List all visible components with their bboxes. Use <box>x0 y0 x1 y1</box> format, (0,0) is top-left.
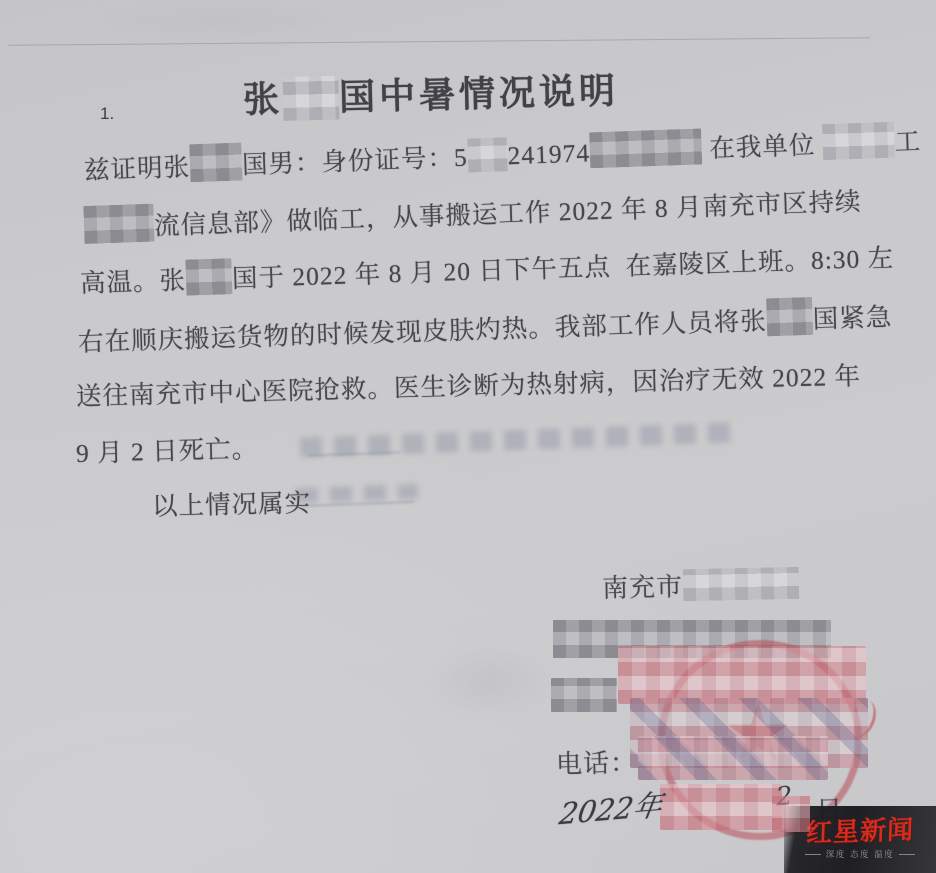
date-year-handwritten: 2022年 <box>557 783 666 834</box>
censor-id-digits <box>467 137 508 172</box>
closing-text: 以上情况属实 <box>152 488 312 521</box>
org-name-text: 南充市 <box>602 572 684 603</box>
tagline-dash <box>805 854 821 855</box>
body-text: 在我单位 <box>702 130 824 163</box>
censor-id-digits <box>589 128 702 168</box>
title-text-pre: 张 <box>243 79 284 120</box>
phone-line: 电话： <box>556 742 638 781</box>
title-text-post: 国中暑情况说明 <box>339 71 620 118</box>
body-line-3: 高温。张国于 2022 年 8 月 20 日下午五点 在嘉陵区上班。8:30 左 <box>79 237 894 300</box>
censor-phone-number <box>638 736 828 780</box>
body-text: 国于 2022 年 8 月 20 日下午五点 在嘉陵区上班。8:30 左 <box>232 243 895 293</box>
censor-unit-name <box>822 122 895 160</box>
censor-name <box>185 258 232 295</box>
censor-signature-row <box>551 678 617 712</box>
body-text: 241974 <box>507 138 590 170</box>
body-text: 右在顺庆搬运货物的时候发现皮肤灼热。我部工作人员将张 <box>78 306 768 357</box>
document-photo: 1. 张国中暑情况说明 兹证明张国男：身份证号：5241974 在我单位 工 流… <box>0 0 936 873</box>
body-text: 流信息部》做临工，从事搬运工作 2022 年 8 月南充市区持续 <box>154 187 862 241</box>
document-title: 张国中暑情况说明 <box>242 63 619 123</box>
body-text: 高温。张 <box>80 266 187 298</box>
body-line-4: 右在顺庆搬运货物的时候发现皮肤灼热。我部工作人员将张国紧急 <box>77 294 892 359</box>
body-text: 工 <box>894 127 922 157</box>
body-text: 送往南充市中心医院抢救。医生诊断为热射病，因治疗无效 2022 年 <box>76 361 862 411</box>
body-text: 国男：身份证号：5 <box>242 143 469 180</box>
censor-unit-name <box>83 204 154 244</box>
censor-seal-mosaic <box>618 646 866 704</box>
censor-date-mosaic <box>660 784 782 830</box>
phone-label-text: 电话： <box>556 748 638 779</box>
news-tagline-text: 深度 态度 温度 <box>826 848 894 860</box>
closing-statement: 以上情况属实 <box>152 483 312 523</box>
censor-title-name <box>283 76 340 121</box>
censor-seal-mosaic <box>772 796 810 832</box>
bleedthrough-smudge <box>424 644 556 720</box>
body-line-2: 流信息部》做临工，从事搬运工作 2022 年 8 月南充市区持续 <box>83 179 862 245</box>
news-logo-text: 红星新闻 <box>806 817 915 847</box>
body-line-1: 兹证明张国男：身份证号：5241974 在我单位 工 <box>83 119 921 187</box>
body-text: 国紧急 <box>812 302 892 333</box>
top-ghost-smudge <box>88 4 358 38</box>
news-tagline-row: 深度 态度 温度 <box>805 848 915 860</box>
tagline-dash <box>899 854 915 855</box>
censor-name <box>766 297 813 336</box>
page-number: 1. <box>100 104 114 124</box>
signature-org-line: 南充市 <box>602 564 800 605</box>
body-text: 9 月 2 日死亡。 <box>76 434 259 468</box>
censor-org-name <box>683 567 800 601</box>
body-text: 兹证明张 <box>84 152 191 185</box>
body-line-6: 9 月 2 日死亡。 <box>76 429 259 470</box>
bleedthrough-number-ghost <box>296 484 418 503</box>
censor-name <box>189 142 242 182</box>
body-line-5: 送往南充市中心医院抢救。医生诊断为热射病，因治疗无效 2022 年 <box>76 356 862 413</box>
paper-crease-line <box>8 37 870 46</box>
